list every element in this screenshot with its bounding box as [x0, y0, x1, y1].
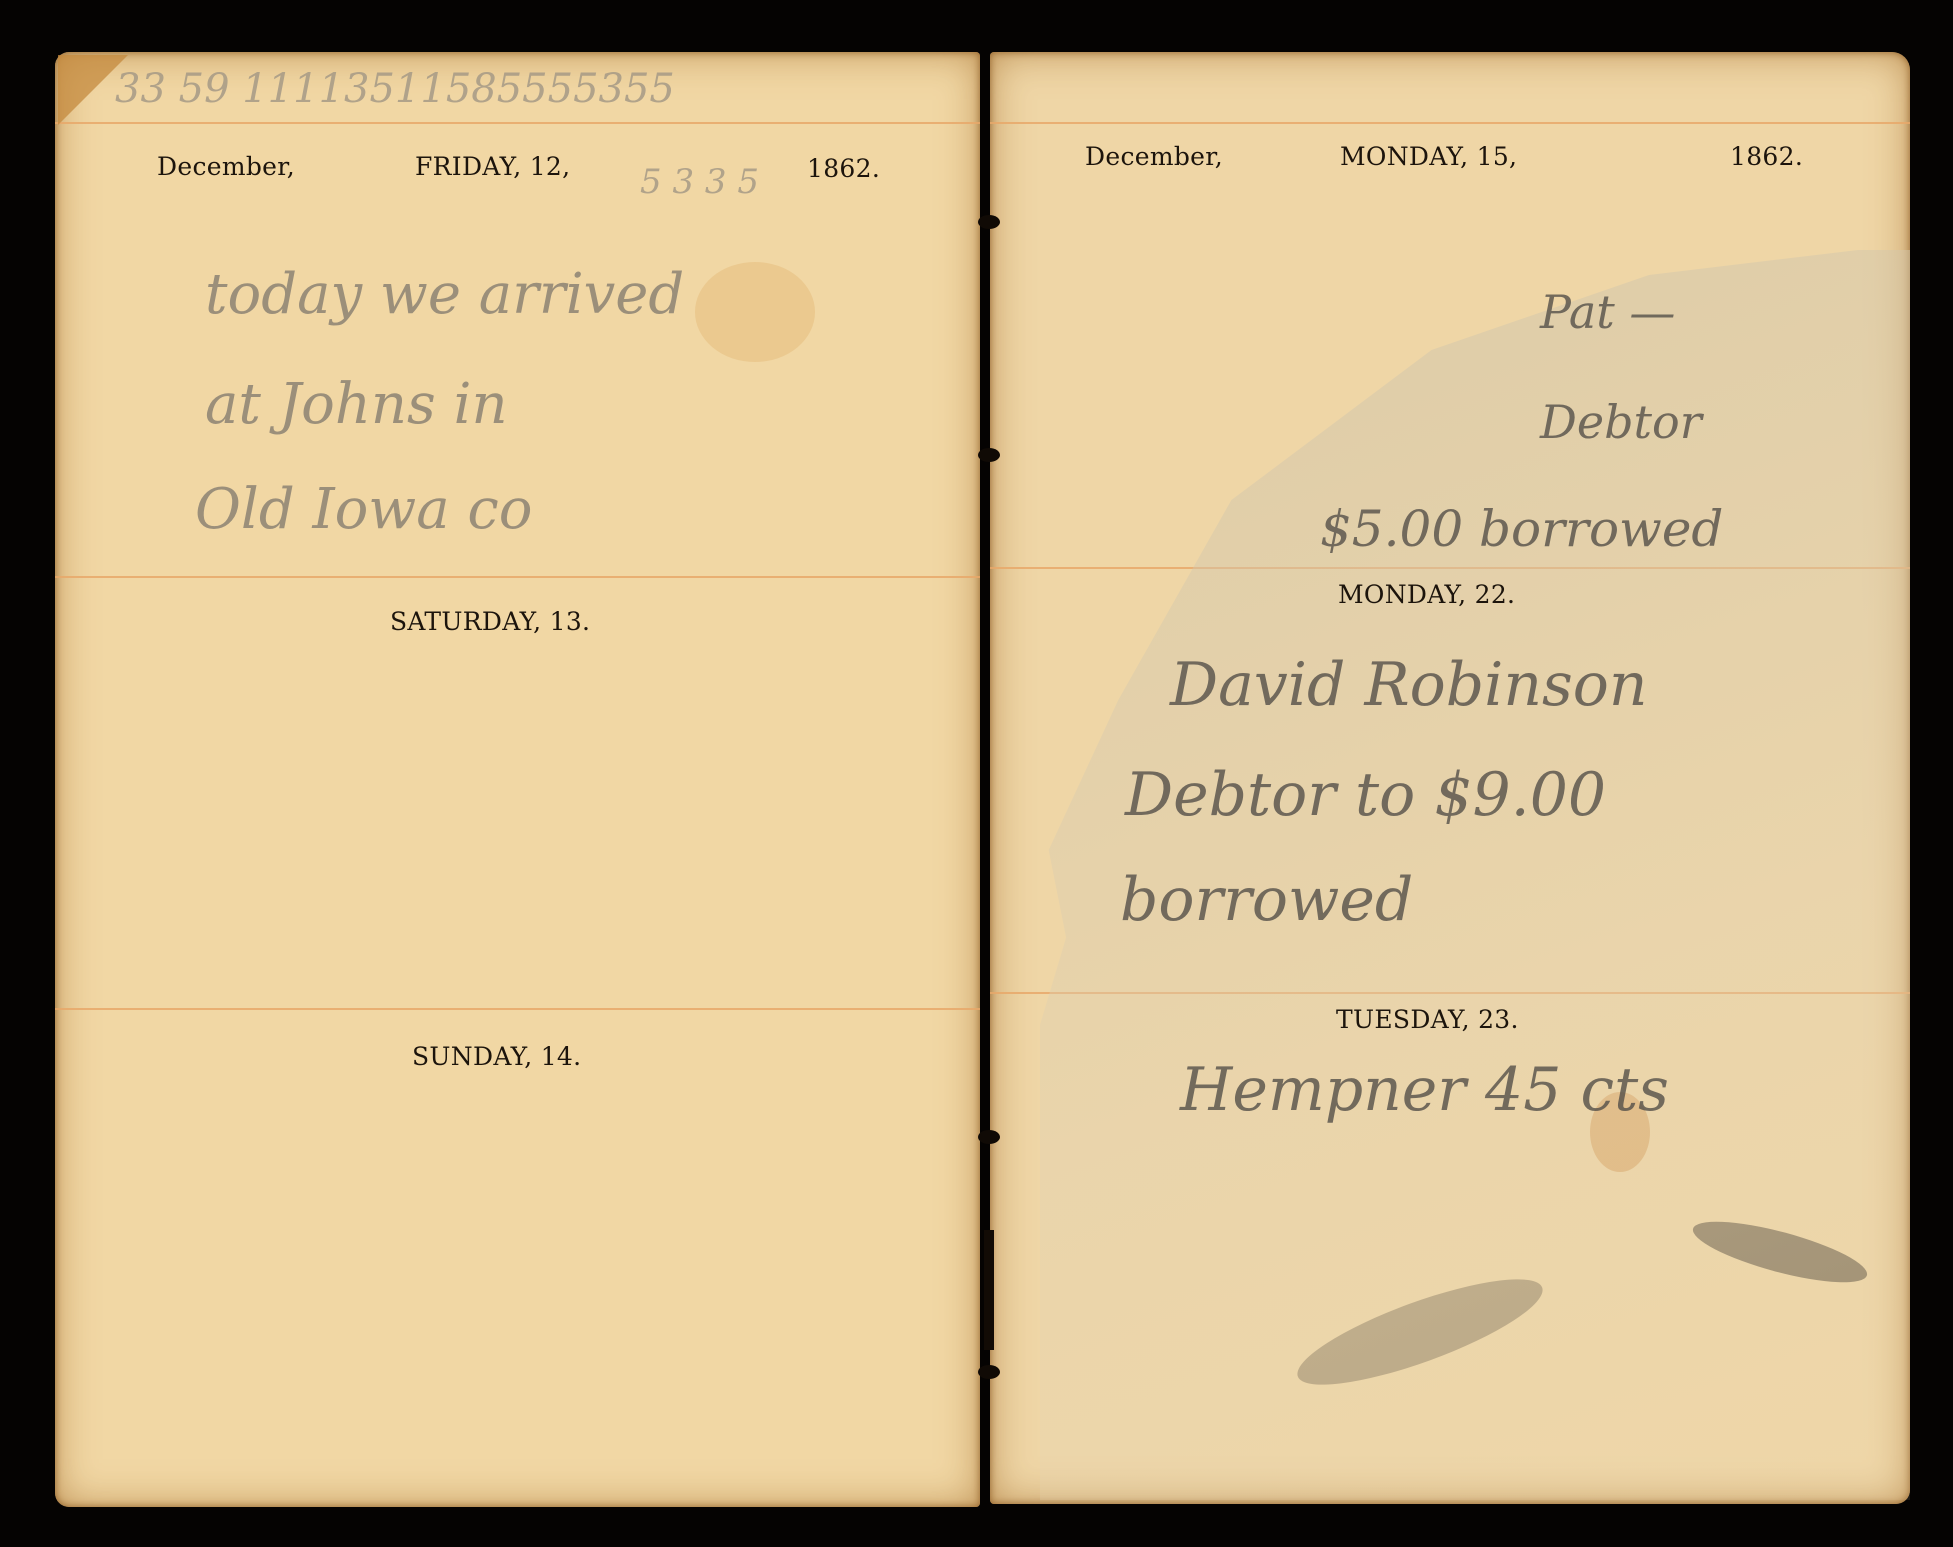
binding-stitch — [978, 1365, 1000, 1379]
entry-line: borrowed — [1120, 865, 1413, 935]
day-heading-monday-22: MONDAY, 22. — [1338, 580, 1515, 609]
header-day: MONDAY, 15, — [1340, 142, 1517, 171]
entry-line: $5.00 borrowed — [1320, 500, 1723, 558]
day-divider — [55, 576, 980, 578]
day-heading-tuesday-23: TUESDAY, 23. — [1336, 1005, 1519, 1034]
entry-line: Pat — — [1540, 285, 1675, 339]
header-month: December, — [1085, 142, 1223, 171]
folded-corner — [58, 55, 128, 125]
spine-gap — [984, 1230, 994, 1350]
day-heading-sunday: SUNDAY, 14. — [412, 1042, 581, 1071]
header-year: 1862. — [807, 154, 880, 183]
entry-line: at Johns in — [205, 372, 508, 437]
binding-stitch — [978, 215, 1000, 229]
day-heading-saturday: SATURDAY, 13. — [390, 607, 590, 636]
margin-scribbles: 33 59 11113511585555355 — [115, 66, 675, 112]
header-year: 1862. — [1730, 142, 1803, 171]
binding-stitch — [978, 448, 1000, 462]
top-rule — [990, 122, 1910, 124]
header-month: December, — [157, 152, 295, 181]
day-divider — [55, 1008, 980, 1010]
top-rule — [55, 122, 980, 124]
binding-stitch — [978, 1130, 1000, 1144]
diary-left-page: 33 59 11113511585555355 December, FRIDAY… — [55, 52, 980, 1507]
entry-line: Debtor — [1540, 395, 1702, 449]
entry-line: Old Iowa co — [195, 477, 533, 542]
header-day: FRIDAY, 12, — [415, 152, 570, 181]
entry-line: today we arrived — [205, 262, 684, 327]
entry-line: Debtor to $9.00 — [1125, 760, 1606, 830]
entry-line: Hempner 45 cts — [1180, 1055, 1669, 1125]
entry-line: David Robinson — [1170, 650, 1648, 720]
header-scribble: 5 3 3 5 — [640, 162, 759, 202]
water-stain — [695, 262, 815, 362]
